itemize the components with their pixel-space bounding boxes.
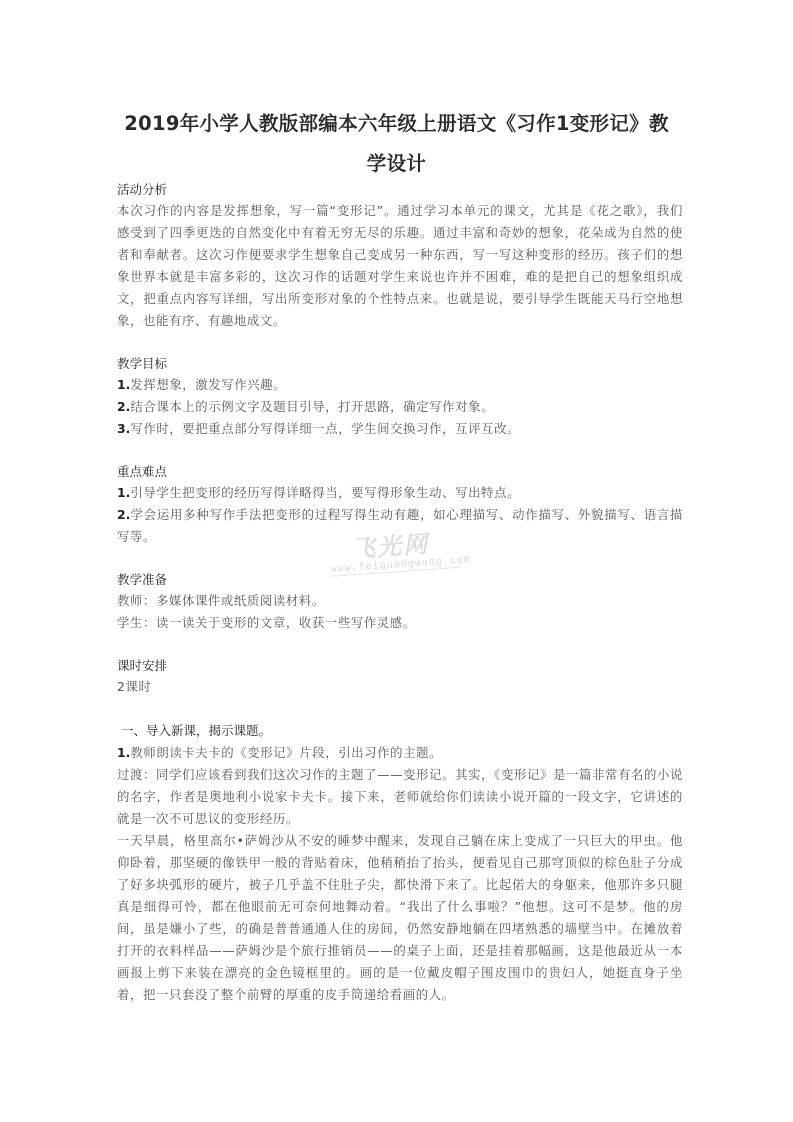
prep-teacher: 教师：多媒体课件或纸质阅读材料。 — [117, 590, 683, 612]
document-body: 活动分析 本次习作的内容是发挥想象，写一篇“变形记”。通过学习本单元的课文，尤其… — [117, 180, 683, 1006]
item-number: 2. — [117, 507, 130, 522]
item-text: 引导学生把变形的经历写得详略得当，要写得形象生动、写出特点。 — [130, 485, 520, 500]
goal-item: 1.发挥想象，激发写作兴趣。 — [117, 374, 683, 396]
section-heading: 教学准备 — [117, 570, 683, 590]
item-number: 2. — [117, 399, 130, 414]
activity-paragraph: 本次习作的内容是发挥想象，写一篇“变形记”。通过学习本单元的课文，尤其是《花之歌… — [117, 200, 683, 332]
key-point-item: 2.学会运用多种写作手法把变形的过程写得生动有趣，如心理描写、动作描写、外貌描写… — [117, 504, 683, 548]
section-activity-analysis: 活动分析 本次习作的内容是发挥想象，写一篇“变形记”。通过学习本单元的课文，尤其… — [117, 180, 683, 332]
section-key-points: 重点难点 1.引导学生把变形的经历写得详略得当，要写得形象生动、写出特点。 2.… — [117, 462, 683, 548]
excerpt-paragraph: 一天早晨，格里高尔•萨姆沙从不安的睡梦中醒来，发现自己躺在床上变成了一只巨大的甲… — [117, 830, 683, 1006]
lesson-step: 1.教师朗读卡夫卡的《变形记》片段，引出习作的主题。 — [117, 742, 683, 764]
goal-item: 2.结合课本上的示例文字及题目引导，打开思路，确定写作对象。 — [117, 396, 683, 418]
item-number: 1. — [117, 745, 130, 760]
section-heading: 活动分析 — [117, 180, 683, 200]
section-schedule: 课时安排 2课时 — [117, 656, 683, 698]
item-number: 1. — [117, 377, 130, 392]
prep-student: 学生：读一读关于变形的文章，收获一些写作灵感。 — [117, 612, 683, 634]
section-heading: 教学目标 — [117, 354, 683, 374]
section-heading: 课时安排 — [117, 656, 683, 676]
document-page: 2019年小学人教版部编本六年级上册语文《习作1变形记》教 学设计 飞光网 ww… — [0, 0, 793, 1122]
schedule-value: 2课时 — [117, 676, 683, 698]
section-lesson-intro: 一、导入新课，揭示课题。 1.教师朗读卡夫卡的《变形记》片段，引出习作的主题。 … — [117, 720, 683, 1006]
transition-paragraph: 过渡：同学们应该看到我们这次习作的主题了——变形记。其实，《变形记》是一篇非常有… — [117, 764, 683, 830]
section-teaching-goals: 教学目标 1.发挥想象，激发写作兴趣。 2.结合课本上的示例文字及题目引导，打开… — [117, 354, 683, 440]
item-number: 1. — [117, 485, 130, 500]
key-point-item: 1.引导学生把变形的经历写得详略得当，要写得形象生动、写出特点。 — [117, 482, 683, 504]
document-title-line1: 2019年小学人教版部编本六年级上册语文《习作1变形记》教 — [100, 108, 693, 136]
item-text: 写作时，要把重点部分写得详细一点，学生间交换习作，互评互改。 — [130, 421, 520, 436]
item-number: 3. — [117, 421, 130, 436]
item-text: 教师朗读卡夫卡的《变形记》片段，引出习作的主题。 — [130, 745, 442, 760]
item-text: 学会运用多种写作手法把变形的过程写得生动有趣，如心理描写、动作描写、外貌描写、语… — [117, 507, 683, 544]
lesson-heading: 一、导入新课，揭示课题。 — [117, 720, 683, 742]
section-heading: 重点难点 — [117, 462, 683, 482]
item-text: 发挥想象，激发写作兴趣。 — [130, 377, 286, 392]
goal-item: 3.写作时，要把重点部分写得详细一点，学生间交换习作，互评互改。 — [117, 418, 683, 440]
section-preparation: 教学准备 教师：多媒体课件或纸质阅读材料。 学生：读一读关于变形的文章，收获一些… — [117, 570, 683, 634]
item-text: 结合课本上的示例文字及题目引导，打开思路，确定写作对象。 — [130, 399, 494, 414]
document-title-line2: 学设计 — [100, 148, 693, 176]
